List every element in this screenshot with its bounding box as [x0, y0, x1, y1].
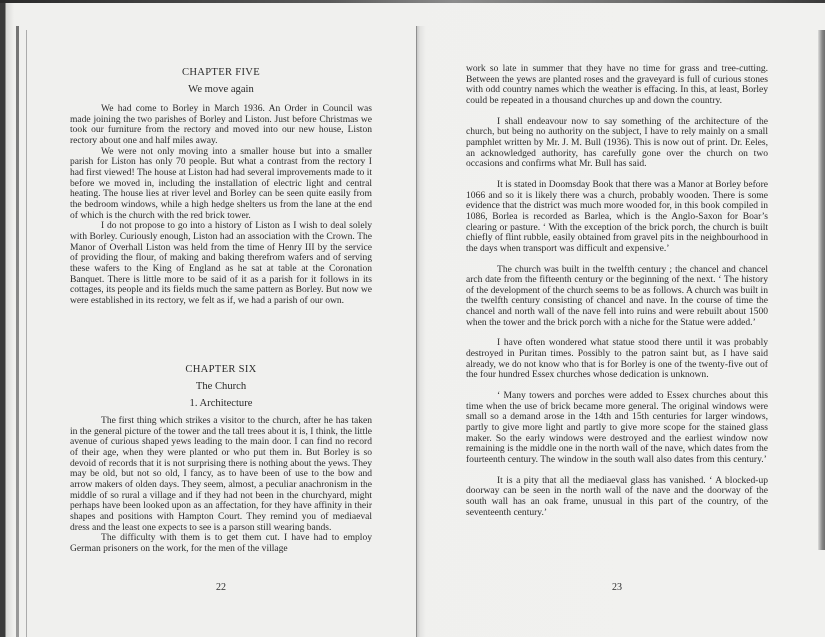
paragraph: We had come to Borley in March 1936. An …: [70, 104, 372, 147]
paragraph: It is a pity that all the mediaeval glas…: [466, 476, 768, 519]
paragraph: The first thing which strikes a visitor …: [70, 416, 372, 533]
chapter-five: CHAPTER FIVE We move again We had come t…: [70, 66, 372, 306]
paragraph: I shall endeavour now to say something o…: [466, 117, 768, 170]
chapter-six-subtitle: The Church: [70, 380, 372, 393]
right-page-edge-shadow: [818, 30, 825, 550]
paragraph: I do not propose to go into a history of…: [70, 221, 372, 306]
left-page: CHAPTER FIVE We move again We had come t…: [70, 0, 372, 637]
chapter-five-title: CHAPTER FIVE: [70, 66, 372, 79]
book-spine-line: [416, 26, 417, 637]
right-page: work so late in summer that they have no…: [466, 0, 768, 637]
left-page-edge-line: [26, 30, 27, 637]
page-number: 23: [466, 582, 768, 593]
section-heading: 1. Architecture: [70, 397, 372, 410]
paragraph: It is stated in Doomsday Book that there…: [466, 180, 768, 255]
paragraph: We were not only moving into a smaller h…: [70, 147, 372, 222]
paragraph: The church was built in the twelfth cent…: [466, 265, 768, 329]
chapter-six-title: CHAPTER SIX: [70, 363, 372, 376]
right-page-body: work so late in summer that they have no…: [466, 64, 768, 518]
book-spine-gutter: [416, 26, 426, 637]
chapter-five-subtitle: We move again: [70, 83, 372, 96]
page-number: 22: [70, 582, 372, 593]
left-page-edge-shadow: [16, 26, 19, 637]
paragraph: work so late in summer that they have no…: [466, 64, 768, 107]
paragraph: ‘ Many towers and porches were added to …: [466, 391, 768, 466]
paragraph: The difficulty with them is to get them …: [70, 533, 372, 554]
chapter-six: CHAPTER SIX The Church 1. Architecture T…: [70, 363, 372, 555]
paragraph: I have often wondered what statue stood …: [466, 338, 768, 381]
